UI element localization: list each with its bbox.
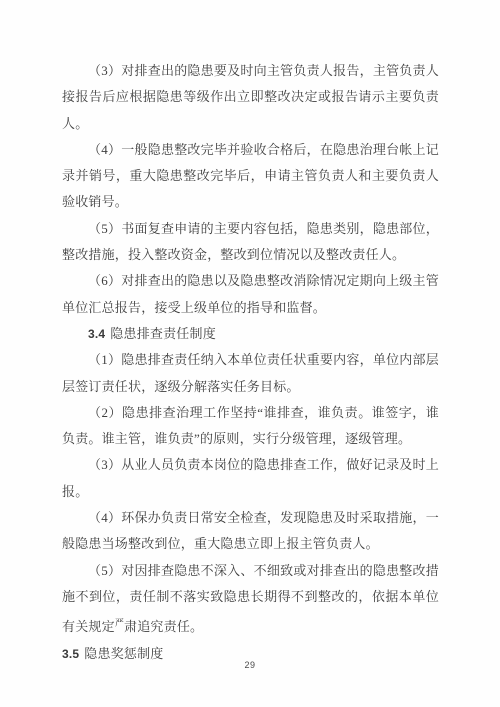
section-title-3-4: 隐患排查责任制度	[110, 326, 216, 341]
paragraph-item-4: （4）一般隐患整改完毕并验收合格后，在隐患治理台帐上记录并销号，重大隐患整改完毕…	[62, 137, 439, 216]
paragraph-item-3: （3）对排查出的隐患要及时向主管负责人报告，主管负责人接报告后应根据隐患等级作出…	[62, 58, 439, 137]
paragraph-item-2: （2）隐患排查治理工作坚持“谁排查，谁负责。谁签字，谁负责。谁主管，谁负责”的原…	[62, 400, 439, 453]
paragraph-item-5: （5）书面复查申请的主要内容包括，隐患类别，隐患部位，整改措施，投入整改资金，整…	[62, 216, 439, 269]
paragraph-item-1: （1）隐患排查责任纳入本单位责任状重要内容，单位内部层层签订责任状，逐级分解落实…	[62, 347, 439, 400]
page-number: 29	[244, 660, 255, 670]
paragraph-item-3b: （3）从业人员负责本岗位的隐患排查工作，做好记录及时上报。	[62, 452, 439, 505]
paragraph-item-4b: （4）环保办负责日常安全检查，发现隐患及时采取措施，一般隐患当场整改到位，重大隐…	[62, 505, 439, 558]
superscript-character: 严	[115, 618, 124, 628]
page-footer: 29	[0, 651, 500, 677]
section-heading-3-4: 3.4隐患排查责任制度	[62, 321, 439, 347]
document-page: （3）对排查出的隐患要及时向主管负责人报告，主管负责人接报告后应根据隐患等级作出…	[0, 0, 500, 707]
section-number-3-4: 3.4	[88, 327, 105, 341]
paragraph-text-post: 肃追究责任。	[124, 619, 203, 634]
paragraph-item-5b: （5）对因排查隐患不深入、不细致或对排查出的隐患整改措施不到位，责任制不落实致隐…	[62, 558, 439, 641]
paragraph-item-6: （6）对排查出的隐患以及隐患整改消除情况定期向上级主管单位汇总报告，接受上级单位…	[62, 268, 439, 321]
